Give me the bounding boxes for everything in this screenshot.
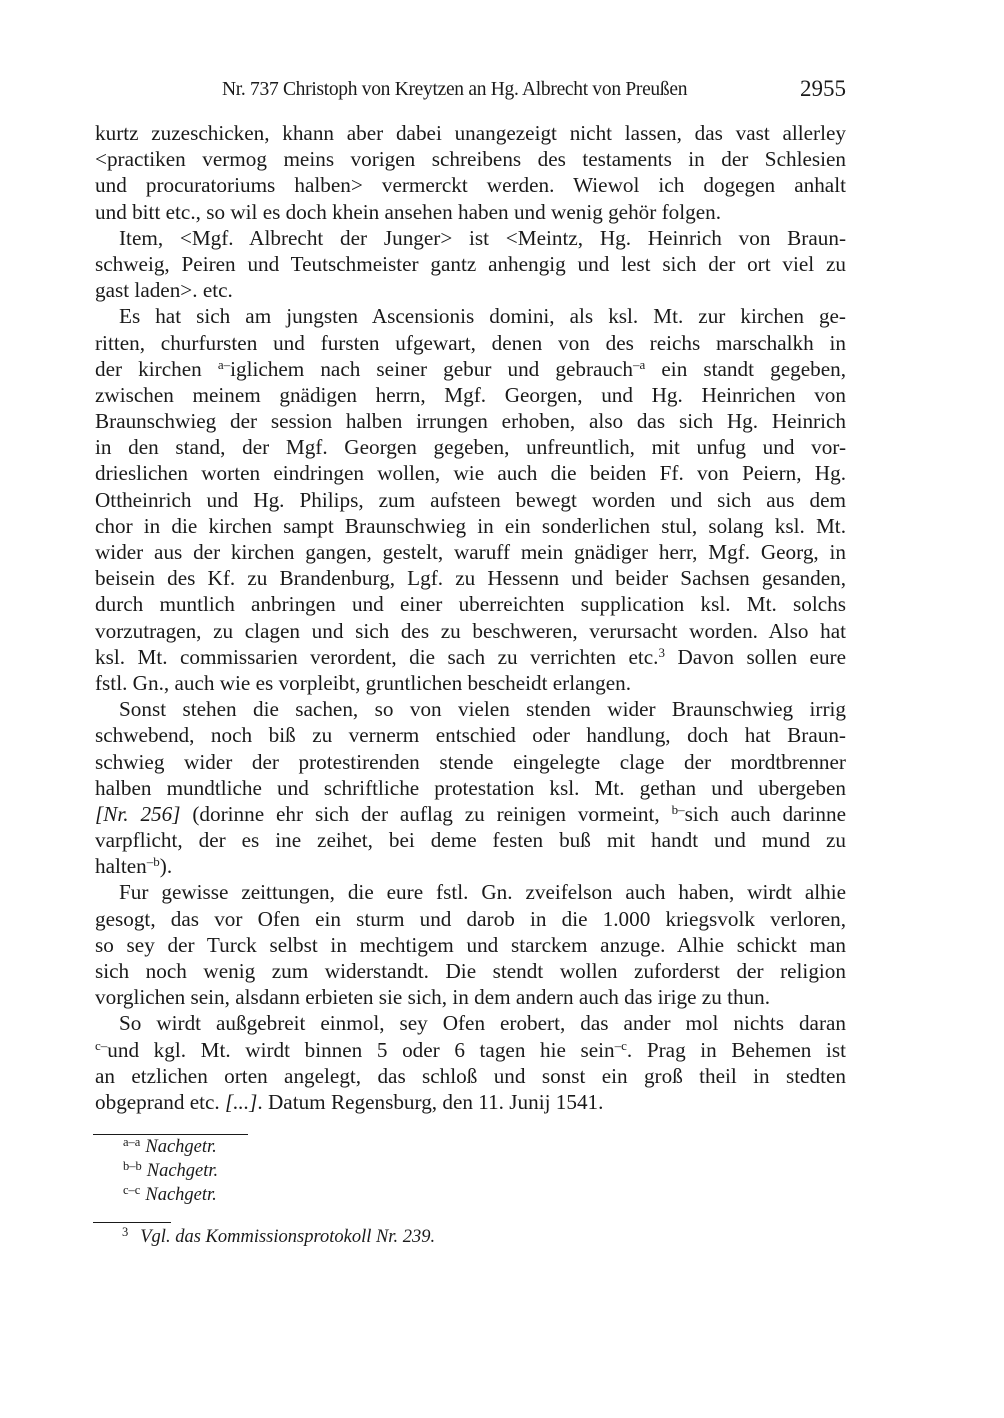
text-span: halten <box>95 854 147 878</box>
textual-note-a: a–aNachgetr. <box>123 1137 217 1158</box>
text-span: sich auch darinne <box>685 802 846 826</box>
text-span: . Prag in Behemen ist <box>627 1038 846 1062</box>
note-mark-c-open: c– <box>95 1038 107 1053</box>
text-line: vorzutragen, zu clagen und sich des zu b… <box>95 618 846 644</box>
text-line: [Nr. 256] (dorinne ehr sich der auflag z… <box>95 801 846 827</box>
note-mark-b-open: b– <box>672 802 685 817</box>
text-line: Fur gewisse zeittungen, die eure fstl. G… <box>95 879 846 905</box>
text-line: beisein des Kf. zu Brandenburg, Lgf. zu … <box>95 565 846 591</box>
text-line: Item, <Mgf. Albrecht der Junger> ist <Me… <box>95 225 846 251</box>
text-span: obgeprand etc. <box>95 1090 225 1114</box>
text-span: ). <box>160 854 172 878</box>
note-mark-b-close: –b <box>147 854 160 869</box>
text-span: . Datum Regensburg, den 11. Junij 1541. <box>257 1090 603 1114</box>
text-line: halten–b). <box>95 853 846 879</box>
text-line: durch muntlich anbringen und einer uberr… <box>95 591 846 617</box>
text-line: Sonst stehen die sachen, so von vielen s… <box>95 696 846 722</box>
running-header: Nr. 737 Christoph von Kreytzen an Hg. Al… <box>95 79 846 109</box>
text-line: in den stand, der Mgf. Georgen gegeben, … <box>95 434 846 460</box>
footnotes-rule <box>93 1222 171 1223</box>
text-line: an etzlichen orten angelegt, das schloß … <box>95 1063 846 1089</box>
text-line: obgeprand etc. [...]. Datum Regensburg, … <box>95 1089 846 1115</box>
text-line: schwieg wider der protestirenden stende … <box>95 749 846 775</box>
text-span: und kgl. Mt. wirdt binnen 5 oder 6 tagen… <box>107 1038 614 1062</box>
text-line: zwischen meinem gnädigen herrn, Mgf. Geo… <box>95 382 846 408</box>
main-text: kurtz zuzeschicken, khann aber dabei una… <box>95 120 846 1115</box>
text-line: und procuratoriums halben> vermerckt wer… <box>95 172 846 198</box>
text-span: iglichem nach seiner gebur und gebrauch <box>230 357 633 381</box>
text-line: <practiken vermog meins vorigen schreibe… <box>95 146 846 172</box>
text-line: varpflicht, der es ine zeihet, bei deme … <box>95 827 846 853</box>
text-line: und bitt etc., so wil es doch khein anse… <box>95 199 846 225</box>
text-span: ksl. Mt. commissarien verordent, die sac… <box>95 645 658 669</box>
text-line: der kirchen a–iglichem nach seiner gebur… <box>95 356 846 382</box>
text-line: so sey der Turck selbst in mechtigem und… <box>95 932 846 958</box>
text-line: drieslichen worten eindringen wollen, wi… <box>95 460 846 486</box>
text-line: ritten, churfursten und fursten ufgewart… <box>95 330 846 356</box>
textual-notes-rule <box>93 1134 248 1135</box>
text-line: sich noch wenig zum widerstandt. Die ste… <box>95 958 846 984</box>
note-mark-a-close: –a <box>633 357 645 372</box>
text-line: gesogt, das vor Ofen ein sturm und darob… <box>95 906 846 932</box>
omission-mark: [...] <box>225 1090 257 1114</box>
text-span: Davon sollen eure <box>665 645 846 669</box>
header-title: Nr. 737 Christoph von Kreytzen an Hg. Al… <box>222 79 687 101</box>
text-line: So wirdt außgebreit einmol, sey Ofen ero… <box>95 1010 846 1036</box>
note-mark-c-close: –c <box>615 1038 627 1053</box>
cross-reference[interactable]: [Nr. 256] <box>95 802 180 826</box>
text-line: Es hat sich am jungsten Ascensionis domi… <box>95 303 846 329</box>
text-line: gast laden>. etc. <box>95 277 846 303</box>
text-line: fstl. Gn., auch wie es vorpleibt, gruntl… <box>95 670 846 696</box>
page-number: 2955 <box>800 76 846 102</box>
text-line: schweig, Peiren und Teutschmeister gantz… <box>95 251 846 277</box>
text-line: wider aus der kirchen gangen, gestelt, w… <box>95 539 846 565</box>
text-line: Ottheinrich und Hg. Philips, zum aufstee… <box>95 487 846 513</box>
text-line: vorglichen sein, alsdann erbieten sie si… <box>95 984 846 1010</box>
document-page: Nr. 737 Christoph von Kreytzen an Hg. Al… <box>0 0 1004 1418</box>
text-span: (dorinne ehr sich der auflag zu reinigen… <box>180 802 671 826</box>
textual-note-b: b–bNachgetr. <box>123 1161 218 1182</box>
text-line: chor in die kirchen sampt Braunschwieg i… <box>95 513 846 539</box>
text-line: c–und kgl. Mt. wirdt binnen 5 oder 6 tag… <box>95 1037 846 1063</box>
text-line: schwebend, noch biß zu vernerm entschied… <box>95 722 846 748</box>
text-line: Braunschwieg der session halben irrungen… <box>95 408 846 434</box>
text-span: der kirchen <box>95 357 218 381</box>
text-line: kurtz zuzeschicken, khann aber dabei una… <box>95 120 846 146</box>
textual-note-c: c–cNachgetr. <box>123 1185 217 1206</box>
text-line: halben mundtliche und schriftliche prote… <box>95 775 846 801</box>
text-line: ksl. Mt. commissarien verordent, die sac… <box>95 644 846 670</box>
footnote-3: 3Vgl. das Kommissionsprotokoll Nr. 239. <box>122 1227 435 1248</box>
text-span: ein standt gegeben, <box>645 357 846 381</box>
note-mark-a-open: a– <box>218 357 230 372</box>
